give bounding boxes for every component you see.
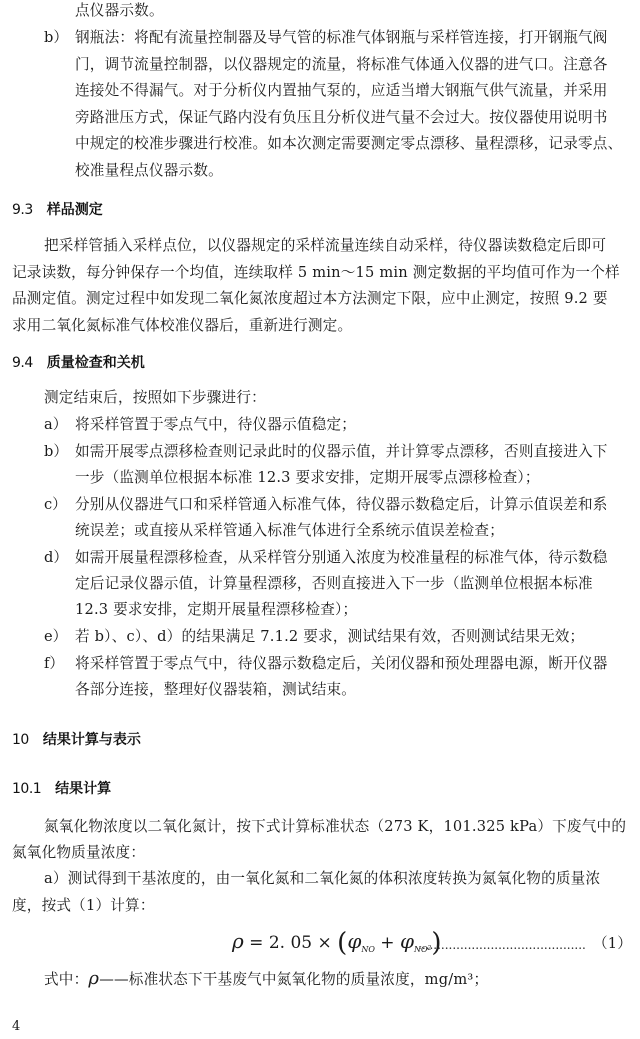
list-marker: d） [44,549,68,567]
list-item-line: 12.3 要求安排，定期开展量程漂移检查）； [75,601,357,619]
paragraph-line: 求用二氧化氮标准气体校准仪器后，重新进行测定。 [12,317,352,335]
formula-leader-dots: ........................................… [418,938,586,952]
list-item-line: 一步（监测单位根据本标准 12.3 要求安排，定期开展零点漂移检查）； [75,469,540,487]
section-number: 10.1 [12,781,41,797]
where-prefix: 式中： [44,971,88,988]
section-heading-9-3: 9.3样品测定 [12,201,103,219]
list-item-line: 如需开展量程漂移检查，从采样管分别通入浓度为校准量程的标准气体，待示数稳 [75,549,608,567]
paragraph-line: 点仪器示数。 [75,2,164,20]
paragraph-line: 把采样管插入采样点位，以仪器规定的采样流量连续自动采样，待仪器读数稳定后即可 [44,237,606,255]
list-item-line: 定后记录仪器示值，计算量程漂移，否则直接进入下一步（监测单位根据本标准 [75,575,593,593]
paragraph-line: 记录读数，每分钟保存一个均值，连续取样 5 min～15 min 测定数据的平均… [12,264,620,282]
section-title: 结果计算与表示 [43,732,141,748]
where-symbol: ρ [88,968,99,989]
formula-rho: ρ [232,929,244,953]
formula-coefficient: 2. 05 [269,933,312,953]
list-marker: b） [44,443,68,461]
where-text: ——标准状态下干基废气中氮氧化物的质量浓度，mg/m³； [99,971,488,988]
list-item-line: 将采样管置于零点气中，待仪器示数稳定后，关闭仪器和预处理器电源，断开仪器 [75,655,608,673]
formula-times: × [318,933,332,953]
section-heading-10: 10结果计算与表示 [12,731,141,749]
formula-1: ρ = 2. 05 × (φNO + φNO2) [232,929,442,962]
list-item-line: 钢瓶法：将配有流量控制器及导气管的标准气体钢瓶与采样管连接，打开钢瓶气阀 [75,29,608,47]
paragraph-line: 氮氧化物浓度以二氧化氮计，按下式计算标准状态（273 K，101.325 kPa… [44,818,626,836]
section-number: 10 [12,732,29,748]
list-item-line: 若 b）、c）、d）的结果满足 7.1.2 要求，测试结果有效，否则测试结果无效… [75,628,584,646]
list-item-line: 如需开展零点漂移检查则记录此时的仪器示值，并计算零点漂移，否则直接进入下 [75,443,608,461]
list-item-line: 旁路泄压方式，保证气路内没有负压且分析仪进气量不会过大。按仪器使用说明书 [75,109,608,127]
formula-phi-no: φ [347,929,361,953]
section-heading-9-4: 9.4质量检查和关机 [12,354,145,372]
list-item-line: 各部分连接，整理好仪器装箱，测试结束。 [75,681,356,699]
list-item-line: 校准量程点仪器示数。 [75,162,223,180]
formula-equals: = [249,933,263,953]
section-title: 质量检查和关机 [47,355,145,371]
list-item-line: 统误差；或直接从采样管通入标准气体进行全系统示值误差检查； [75,522,504,540]
formula-open-paren: ( [337,928,347,958]
where-clause: 式中：ρ——标准状态下干基废气中氮氧化物的质量浓度，mg/m³； [44,970,488,989]
section-number: 9.3 [12,202,33,218]
page-number: 4 [12,1019,20,1034]
paragraph-line: 度，按式（1）计算： [12,897,155,915]
paragraph-line: a）测试得到干基浓度的，由一氧化氮和二氧化氮的体积浓度转换为氮氧化物的质量浓 [44,870,600,888]
formula-plus: + [380,933,394,953]
formula-sub-no: NO [361,945,375,954]
list-marker: a） [44,416,67,434]
section-title: 结果计算 [55,781,111,797]
paragraph-line: 氮氧化物质量浓度： [12,844,145,862]
list-item-line: 连接处不得漏气。对于分析仪内置抽气泵的，应适当增大钢瓶气供气流量，并采用 [75,82,608,100]
list-item-line: 门，调节流量控制器，以仪器规定的流量，将标准气体通入仪器的进气口。注意各 [75,56,608,74]
list-marker: c） [44,496,67,514]
equation-number: （1） [593,935,632,953]
paragraph-line: 品测定值。测定过程中如发现二氧化氮浓度超过本方法测定下限，应中止测定，按照 9.… [12,290,608,308]
list-item-line: 中规定的校准步骤进行校准。如本次测定需要测定零点漂移、量程漂移，记录零点、 [75,135,622,153]
list-marker: b） [44,29,68,47]
paragraph-line: 测定结束后，按照如下步骤进行： [44,389,266,407]
formula-phi-no2: φ [400,929,414,953]
list-marker: e） [44,628,67,646]
section-heading-10-1: 10.1结果计算 [12,780,111,798]
list-item-line: 将采样管置于零点气中，待仪器示值稳定； [75,416,356,434]
list-item-line: 分别从仪器进气口和采样管通入标准气体，待仪器示数稳定后，计算示值误差和系 [75,496,608,514]
section-title: 样品测定 [47,202,103,218]
list-marker: f） [44,655,64,673]
section-number: 9.4 [12,355,33,371]
